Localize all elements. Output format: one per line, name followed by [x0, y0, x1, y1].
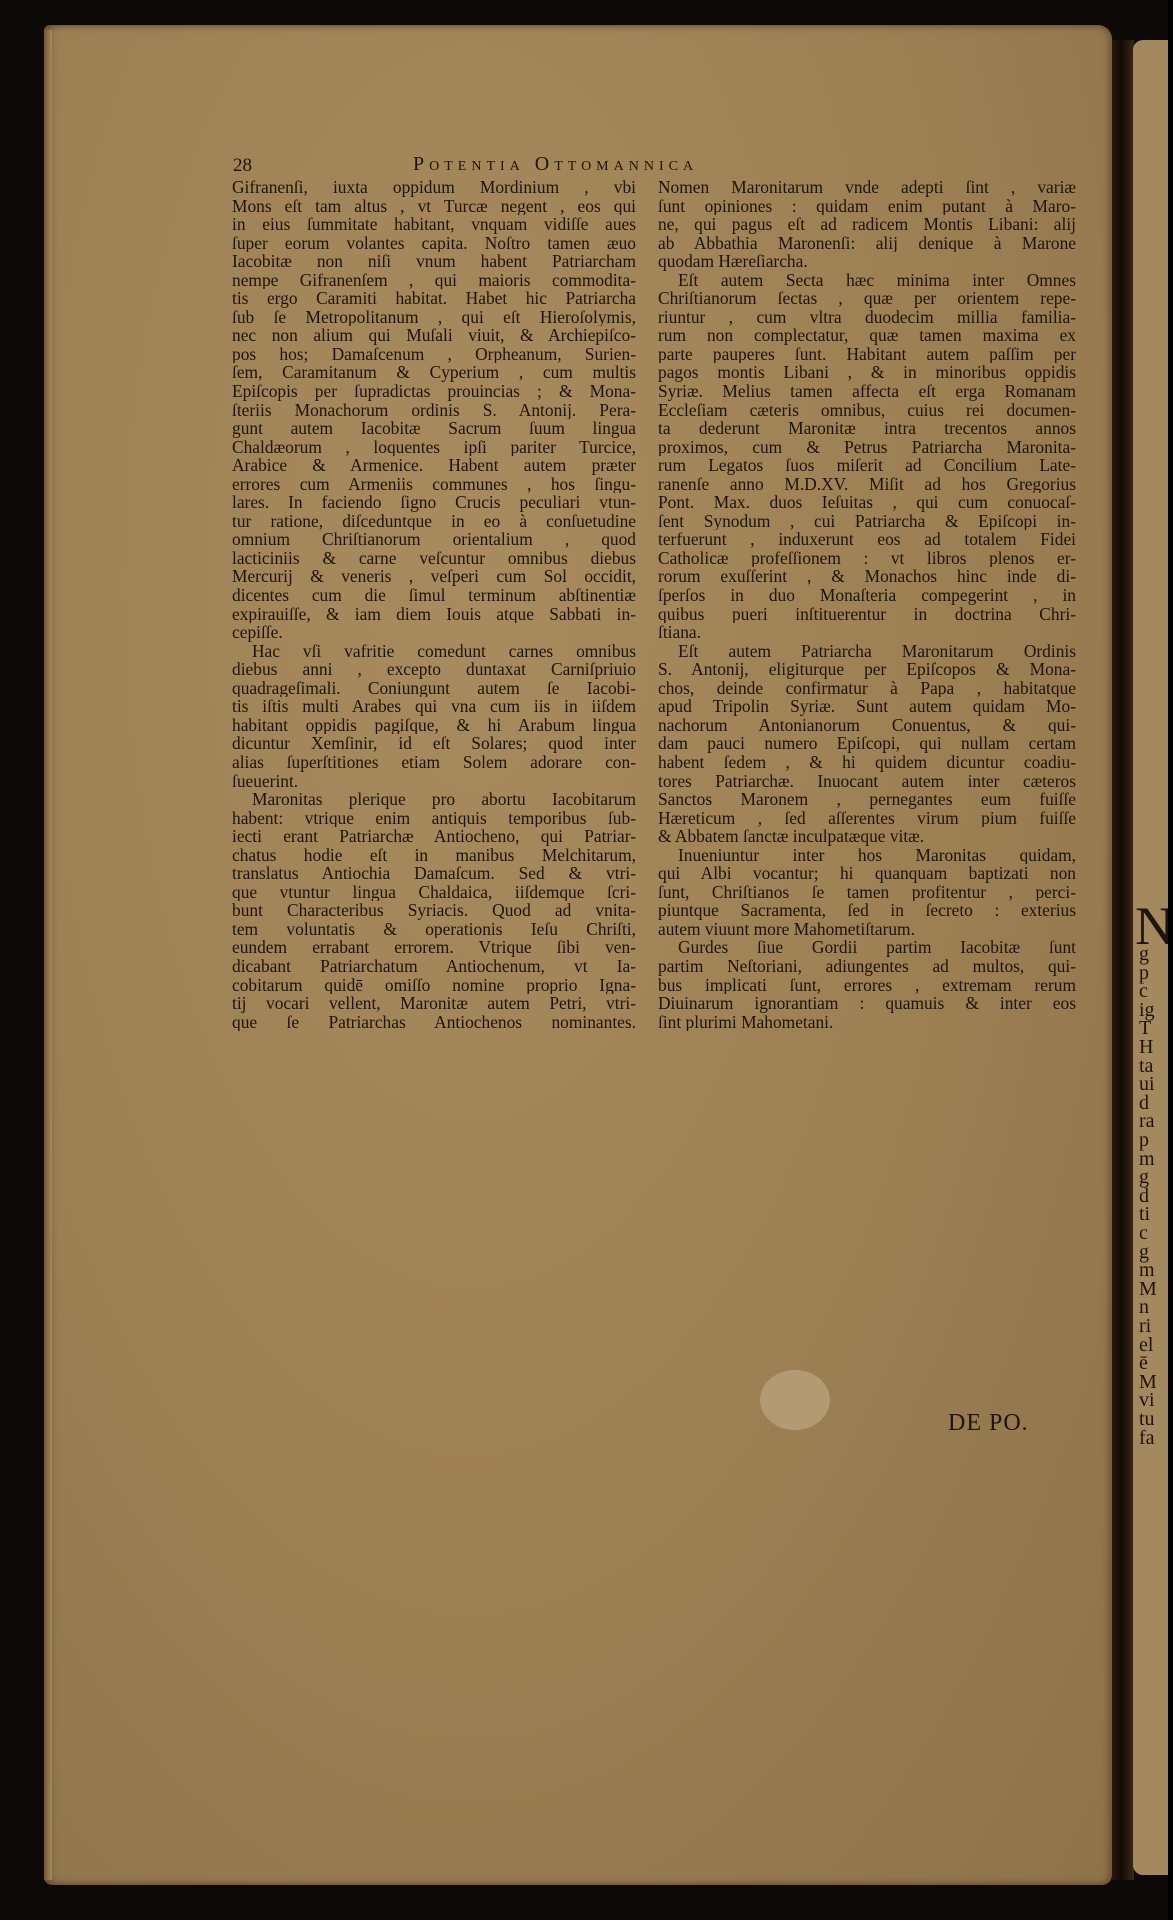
text-line: omnium Chriſtianorum orientalium , quod — [232, 530, 636, 549]
next-page-line: fa — [1139, 1429, 1155, 1448]
text-line: ſtiana. — [658, 623, 1076, 642]
text-line: ta dederunt Maronitæ intra trecentos ann… — [658, 419, 1076, 438]
text-line: ſunt, Chriſtianos ſe tamen profitentur ,… — [658, 883, 1076, 902]
text-line: Sanctos Maronem , pernegantes eum fuiſſe — [658, 790, 1076, 809]
text-line: Nomen Maronitarum vnde adepti ſint , var… — [658, 178, 1076, 197]
text-line: tis iſtis multi Arabes qui vna cum iis i… — [232, 697, 636, 716]
next-page-line: ui — [1139, 1075, 1155, 1094]
text-line: ſint plurimi Mahometani. — [658, 1013, 1076, 1032]
text-line: Iacobitæ non niſi vnum habent Patriarcha… — [232, 252, 636, 271]
text-line: chos, deinde confirmatur à Papa , habita… — [658, 679, 1076, 698]
text-line: quibus pueri inſtituerentur in doctrina … — [658, 605, 1076, 624]
text-line: alias ſuperſtitiones etiam Solem adorare… — [232, 753, 636, 772]
text-line: eundem errabant errorem. Vtrique ſibi ve… — [232, 938, 636, 957]
text-line: Catholicæ profeſſionem : vt libros pleno… — [658, 549, 1076, 568]
text-line: bunt Characteribus Syriacis. Quod ad vni… — [232, 901, 636, 920]
text-line: Pont. Max. duos Ieſuitas , qui cum conuo… — [658, 493, 1076, 512]
text-line: Syriæ. Melius tamen affecta eſt erga Rom… — [658, 382, 1076, 401]
text-line: errores cum Armeniis communes , hos ſing… — [232, 475, 636, 494]
text-line: apud Tripolin Syriæ. Sunt autem quidam M… — [658, 697, 1076, 716]
text-line: Eccleſiam cæteris omnibus, cuius rei doc… — [658, 401, 1076, 420]
text-line: ab Abbathia Maronenſi: alij denique à Ma… — [658, 234, 1076, 253]
text-line: quadrageſimali. Coniungunt autem ſe Iaco… — [232, 679, 636, 698]
text-line: piuntque Sacramenta, ſed in ſecreto : ex… — [658, 901, 1076, 920]
text-line: dicuntur Xemſinir, id eſt Solares; quod … — [232, 734, 636, 753]
catchword: DE PO. — [948, 1410, 1029, 1437]
text-line: dicentes cum die ſimul terminum abſtinen… — [232, 586, 636, 605]
next-page-line: c — [1139, 982, 1148, 1001]
text-line: Maronitas plerique pro abortu Iacobitaru… — [232, 790, 636, 809]
text-line: Inueniuntur inter hos Maronitas quidam, — [658, 846, 1076, 865]
text-line: rorum exuſſerint , & Monachos hinc inde … — [658, 567, 1076, 586]
book-gutter — [1112, 40, 1134, 1880]
text-line: Gurdes ſiue Gordii partim Iacobitæ ſunt — [658, 938, 1076, 957]
text-line: dicabant Patriarchatum Antiochenum, vt I… — [232, 957, 636, 976]
running-head: 28 Potentia Ottomannica — [233, 153, 1083, 179]
background-edge — [1168, 0, 1173, 1920]
text-line: ſuper eorum volantes capita. Noſtro tame… — [232, 234, 636, 253]
text-line: nempe Gifranenſem , qui maioris commodit… — [232, 271, 636, 290]
text-line: Gifranenſi, iuxta oppidum Mordinium , vb… — [232, 178, 636, 197]
text-line: chatus hodie eſt in manibus Melchitarum, — [232, 846, 636, 865]
text-line: tem voluntatis & operationis Ieſu Chriſt… — [232, 920, 636, 939]
text-line: expirauiſſe, & iam diem Iouis atque Sabb… — [232, 605, 636, 624]
text-line: Eſt autem Patriarcha Maronitarum Ordinis — [658, 642, 1076, 661]
text-line: Hæreticum , ſed aſſerentes virum pium fu… — [658, 809, 1076, 828]
text-line: tij vocari vellent, Maronitæ autem Petri… — [232, 994, 636, 1013]
page-number: 28 — [233, 155, 252, 177]
next-page-line: H — [1139, 1038, 1153, 1057]
text-line: rum non complectatur, quæ tamen maxima e… — [658, 326, 1076, 345]
text-line: habent: vtrique enim antiquis temporibus… — [232, 809, 636, 828]
running-title: Potentia Ottomannica — [413, 153, 698, 176]
text-line: cepiſſe. — [232, 623, 636, 642]
text-line: que vtuntur lingua Chaldaica, iiſdemque … — [232, 883, 636, 902]
text-line: S. Antonij, eligiturque per Epiſcopos & … — [658, 660, 1076, 679]
text-line: ne, qui pagus eſt ad radicem Montis Liba… — [658, 215, 1076, 234]
text-line: ſueuerint. — [232, 772, 636, 791]
text-line: in eius ſummitate habitant, vnquam vidiſ… — [232, 215, 636, 234]
right-text-column: Nomen Maronitarum vnde adepti ſint , var… — [658, 178, 1076, 1031]
text-line: que ſe Patriarchas Antiochenos nominante… — [232, 1013, 636, 1032]
next-page-line: tu — [1139, 1410, 1155, 1429]
next-page-line: g — [1139, 945, 1149, 964]
text-line: Arabice & Armenice. Habent autem præter — [232, 456, 636, 475]
text-line: pagos montis Libani , & in minoribus opp… — [658, 363, 1076, 382]
text-line: habitant oppidis pagiſque, & hi Arabum l… — [232, 716, 636, 735]
next-page-line: ē — [1139, 1354, 1148, 1373]
text-line: habent ſedem , & hi quidem dicuntur coad… — [658, 753, 1076, 772]
text-line: gunt autem Iacobitæ Sacrum ſuum lingua — [232, 419, 636, 438]
text-line: terfuerunt , induxerunt eos ad totalem F… — [658, 530, 1076, 549]
text-line: autem viuunt more Mahometiſtarum. — [658, 920, 1076, 939]
left-text-column: Gifranenſi, iuxta oppidum Mordinium , vb… — [232, 178, 636, 1031]
text-line: pos hos; Damaſcenum , Orpheanum, Surien- — [232, 345, 636, 364]
text-line: nec non alium qui Muſali viuit, & Archie… — [232, 326, 636, 345]
text-line: ſunt opiniones : quidam enim putant à Ma… — [658, 197, 1076, 216]
text-line: ſub ſe Metropolitanum , qui eſt Hieroſol… — [232, 308, 636, 327]
text-line: ſperſos in duo Monaſteria compegerint , … — [658, 586, 1076, 605]
text-line: bus implicati ſunt, errores , extremam r… — [658, 976, 1076, 995]
next-page-line: p — [1139, 1131, 1149, 1150]
next-page-line: c — [1139, 1224, 1148, 1243]
paper-stain — [760, 1370, 830, 1430]
text-line: Mons eſt tam altus , vt Turcæ negent , e… — [232, 197, 636, 216]
text-line: ſem, Caramitanum & Cyperium , cum multis — [232, 363, 636, 382]
text-line: proximos, cum & Petrus Patriarcha Maroni… — [658, 438, 1076, 457]
text-line: nachorum Antonianorum Conuentus, & qui- — [658, 716, 1076, 735]
text-line: lares. In faciendo ſigno Crucis peculiar… — [232, 493, 636, 512]
text-line: Chaldæorum , loquentes ipſi pariter Turc… — [232, 438, 636, 457]
text-line: Eſt autem Secta hæc minima inter Omnes — [658, 271, 1076, 290]
text-line: tis ergo Caramiti habitat. Habet hic Pat… — [232, 289, 636, 308]
text-line: translatus Antiochia Damaſcum. Sed & vtr… — [232, 864, 636, 883]
next-page-line: g — [1139, 1168, 1149, 1187]
text-line: Chriſtianorum ſectas , quæ per orientem … — [658, 289, 1076, 308]
text-line: lacticiniis & carne veſcuntur omnibus di… — [232, 549, 636, 568]
text-line: ſteriis Monachorum ordinis S. Antonij. P… — [232, 401, 636, 420]
text-line: ſent Synodum , cui Patriarcha & Epiſcopi… — [658, 512, 1076, 531]
page-fore-edge — [44, 30, 52, 1880]
text-line: iecti erant Patriarchæ Antiocheno, qui P… — [232, 827, 636, 846]
text-line: dam pauci numero Epiſcopi, qui nullam ce… — [658, 734, 1076, 753]
text-line: tores Patriarchæ. Inuocant autem inter c… — [658, 772, 1076, 791]
text-line: qui Albi vocantur; hi quanquam baptizati… — [658, 864, 1076, 883]
text-line: parte pauperes ſunt. Habitant autem paſſ… — [658, 345, 1076, 364]
text-line: tur ratione, diſceduntque in eo à conſue… — [232, 512, 636, 531]
text-line: cobitarum quidē omiſſo nomine proprio Ig… — [232, 976, 636, 995]
next-page-fragment: N gpcigTHtauidrapmgdticgmMnrielēMvitufa — [1133, 40, 1169, 1875]
next-page-line: m — [1139, 1261, 1155, 1280]
text-line: diebus anni , excepto duntaxat Carniſpri… — [232, 660, 636, 679]
text-line: quodam Hæreſiarcha. — [658, 252, 1076, 271]
text-line: rum Legatos ſuos miſerit ad Concilium La… — [658, 456, 1076, 475]
text-line: riuntur , cum vltra duodecim millia fami… — [658, 308, 1076, 327]
text-line: Epiſcopis per ſupradictas prouincias ; &… — [232, 382, 636, 401]
text-line: partim Neſtoriani, adiungentes ad multos… — [658, 957, 1076, 976]
next-page-line: ri — [1139, 1317, 1151, 1336]
text-line: ranenſe anno M.D.XV. Miſit ad hos Gregor… — [658, 475, 1076, 494]
text-line: Hac vſi vafritie comedunt carnes omnibus — [232, 642, 636, 661]
text-line: & Abbatem ſanctæ inculpatæque vitæ. — [658, 827, 1076, 846]
text-line: Mercurij & veneris , veſperi cum Sol occ… — [232, 567, 636, 586]
text-line: Diuinarum ignorantiam : quamuis & inter … — [658, 994, 1076, 1013]
